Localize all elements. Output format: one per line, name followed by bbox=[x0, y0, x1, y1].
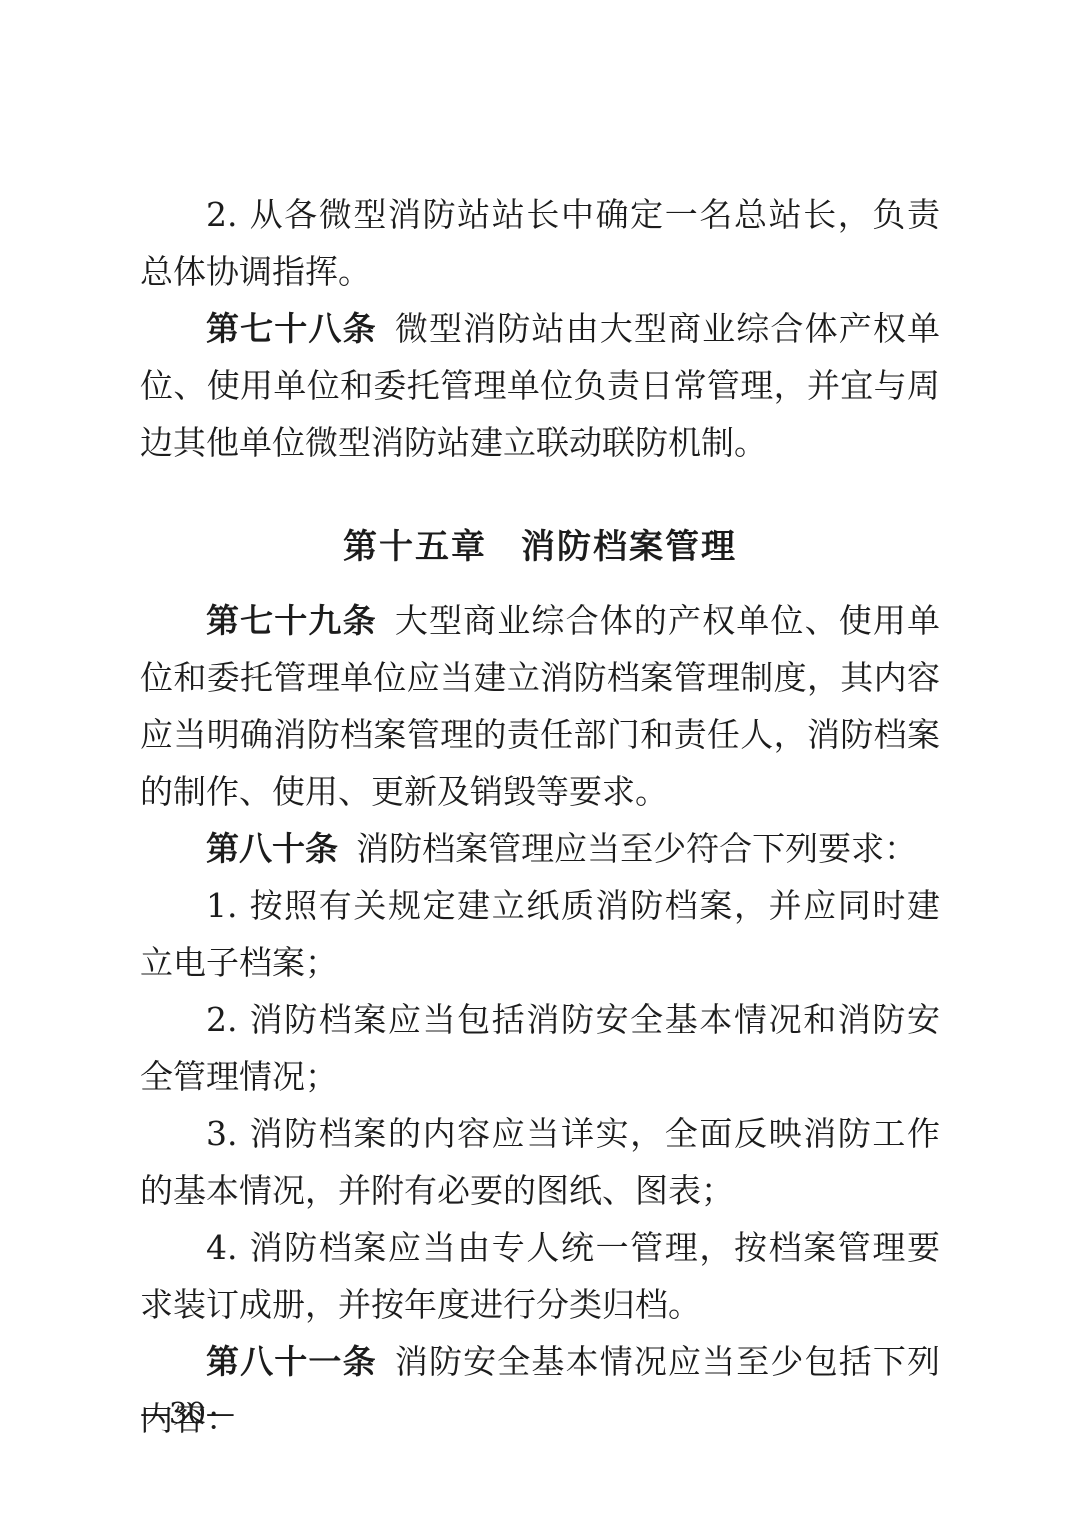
paragraph-article-80: 第八十条消防档案管理应当至少符合下列要求： bbox=[140, 820, 940, 877]
paragraph-text: 4. 消防档案应当由专人统一管理，按档案管理要求装订成册，并按年度进行分类归档。 bbox=[140, 1228, 940, 1324]
document-body: 2. 从各微型消防站站长中确定一名总站长，负责总体协调指挥。 第七十八条微型消防… bbox=[140, 186, 940, 1447]
paragraph-text: 1. 按照有关规定建立纸质消防档案，并应同时建立电子档案； bbox=[140, 886, 940, 982]
article-number: 第七十八条 bbox=[206, 309, 377, 348]
paragraph-text: 消防档案管理应当至少符合下列要求： bbox=[356, 829, 917, 868]
paragraph-item-2: 2. 从各微型消防站站长中确定一名总站长，负责总体协调指挥。 bbox=[140, 186, 940, 300]
paragraph-item-2b: 2. 消防档案应当包括消防安全基本情况和消防安全管理情况； bbox=[140, 991, 940, 1105]
page-number: —30— bbox=[140, 1396, 235, 1430]
article-number: 第八十一条 bbox=[206, 1342, 377, 1381]
paragraph-item-1: 1. 按照有关规定建立纸质消防档案，并应同时建立电子档案； bbox=[140, 877, 940, 991]
paragraph-article-79: 第七十九条大型商业综合体的产权单位、使用单位和委托管理单位应当建立消防档案管理制… bbox=[140, 592, 940, 820]
article-number: 第八十条 bbox=[206, 829, 338, 868]
chapter-number: 第十五章 bbox=[343, 527, 487, 567]
paragraph-text: 2. 从各微型消防站站长中确定一名总站长，负责总体协调指挥。 bbox=[140, 195, 940, 291]
article-number: 第七十九条 bbox=[206, 601, 377, 640]
paragraph-text: 3. 消防档案的内容应当详实，全面反映消防工作的基本情况，并附有必要的图纸、图表… bbox=[140, 1114, 940, 1210]
paragraph-text: 2. 消防档案应当包括消防安全基本情况和消防安全管理情况； bbox=[140, 1000, 940, 1096]
paragraph-article-81: 第八十一条消防安全基本情况应当至少包括下列内容： bbox=[140, 1333, 940, 1447]
paragraph-item-3: 3. 消防档案的内容应当详实，全面反映消防工作的基本情况，并附有必要的图纸、图表… bbox=[140, 1105, 940, 1219]
chapter-title: 消防档案管理 bbox=[521, 527, 737, 567]
chapter-heading: 第十五章消防档案管理 bbox=[140, 519, 940, 576]
document-page: 2. 从各微型消防站站长中确定一名总站长，负责总体协调指挥。 第七十八条微型消防… bbox=[0, 0, 1080, 1526]
paragraph-item-4: 4. 消防档案应当由专人统一管理，按档案管理要求装订成册，并按年度进行分类归档。 bbox=[140, 1219, 940, 1333]
paragraph-article-78: 第七十八条微型消防站由大型商业综合体产权单位、使用单位和委托管理单位负责日常管理… bbox=[140, 300, 940, 471]
